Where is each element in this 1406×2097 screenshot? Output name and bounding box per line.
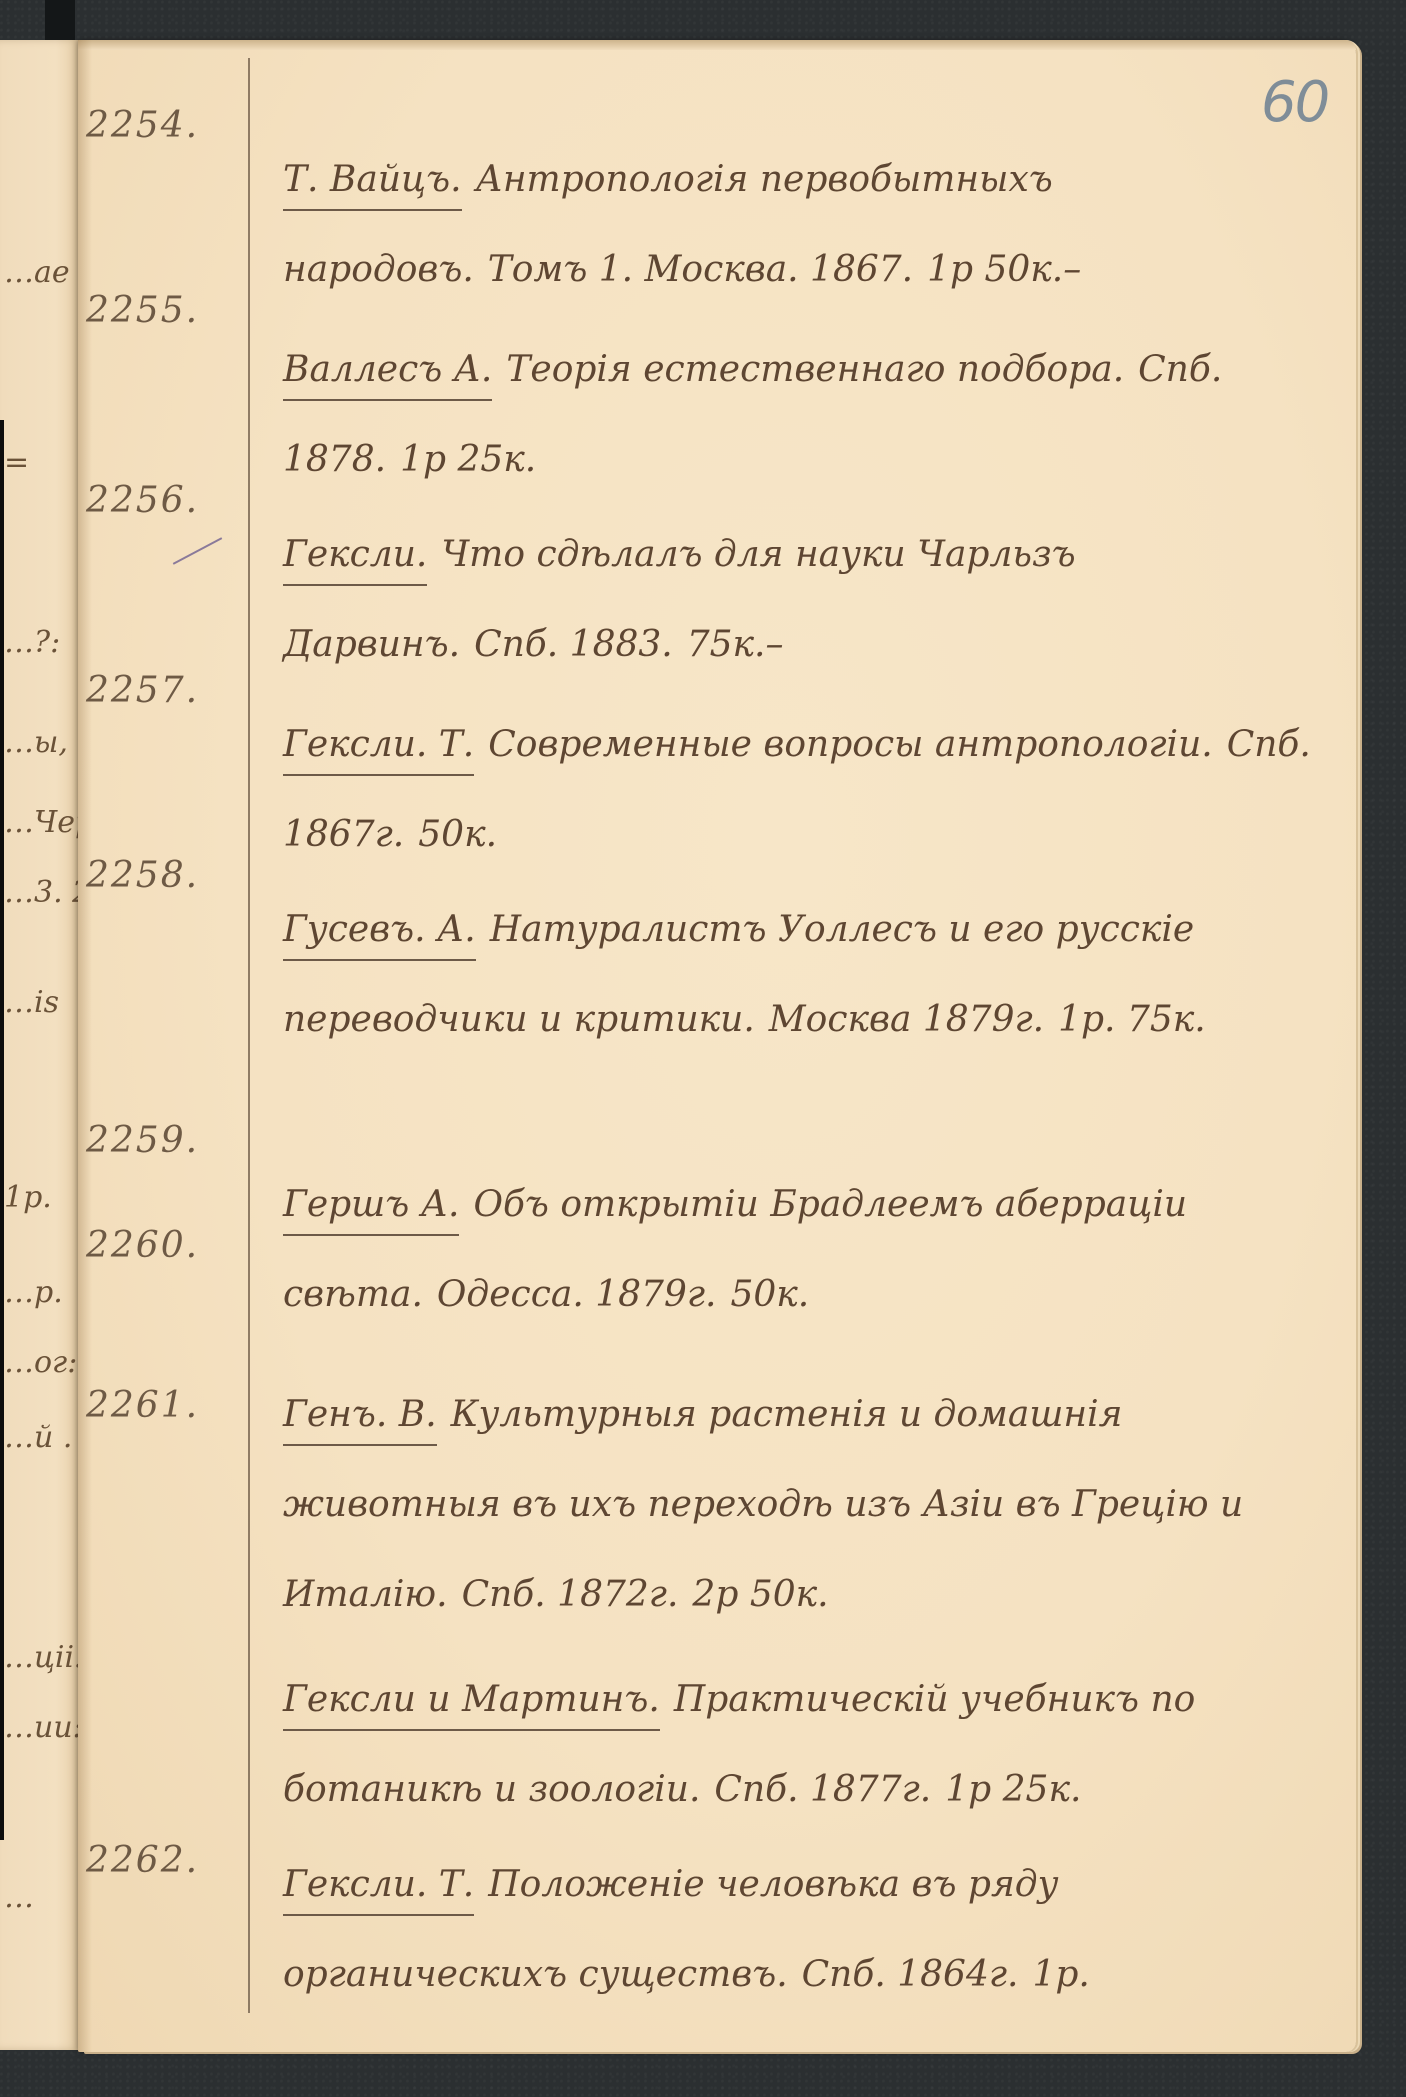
margin-rule-line [248,58,250,2013]
left-page-fragment: …іs [4,985,59,1020]
entry-author: Валлесъ А. [283,346,492,401]
entry-author: Гексли. Т. [283,1861,474,1916]
left-page-fragment: … [4,1880,34,1915]
entry-number: 2257. [86,670,236,711]
pencil-check-mark [173,537,223,565]
entry-title: Теорія естественнаго подбора. [506,349,1124,390]
left-page-fragment: = [4,445,29,480]
entry-price: 1р 25к. [945,1769,1081,1810]
catalog-entry: Генъ. В.Культурныя растенія и домашнія ж… [283,1370,1333,1640]
entry-publication: Спб. 1877г. [714,1769,931,1810]
catalog-entry: Гексли.Что сдѣлалъ для науки Чарльзъ Дар… [283,510,1333,690]
catalog-entry: Гершъ А.Объ открытіи Брадлеемъ аберраціи… [283,1160,1333,1340]
entry-title: Современные вопросы антропологіи. [488,724,1212,765]
left-page-fragment: …?: [4,625,60,660]
entry-author: Т. Вайцъ. [283,156,462,211]
left-page-fragment: …ог: [4,1345,77,1380]
left-page-fragment: …ы, [4,725,68,760]
entry-author: Гусевъ. А. [283,906,476,961]
left-page-fragment: 1р. [4,1180,52,1215]
entry-author: Гексли. [283,531,427,586]
entry-publication: Спб. 1872г. [462,1574,679,1615]
entry-author: Гексли. Т. [283,721,474,776]
left-page-fragment: …ціі: [4,1640,84,1675]
book-binding [45,0,75,40]
entry-author: Гексли и Мартинъ. [283,1676,660,1731]
catalog-page: 60 2254. Т. Вайцъ.Антропологія первобытн… [78,40,1356,2052]
left-page-fragment: …р. [4,1275,63,1310]
entry-author: Гершъ А. [283,1181,459,1236]
entry-number: 2258. [86,855,236,896]
left-page-fragment: …ии: [4,1710,83,1745]
entry-price: 1р. [1032,1954,1089,1995]
page-top-edge [78,40,1356,50]
catalog-entry: Гусевъ. А.Натуралистъ Уоллесъ и его русс… [283,885,1333,1065]
entry-price: 1р 50к.– [927,249,1081,290]
entry-number: 2260. [86,1225,236,1266]
catalog-entry: Валлесъ А.Теорія естественнаго подбора.С… [283,325,1333,505]
entry-price: 50к. [418,814,497,855]
page-number: 60 [1261,70,1328,135]
entry-number: 2259. [86,1120,236,1161]
entry-publication: Спб. 1883. [474,624,673,665]
entry-publication: Москва 1879г. [769,999,1044,1040]
left-page-edge: …ае = …?: …ы, …Чер: …3. 2р …іs 1р. …р. …… [0,40,80,2050]
entry-author: Генъ. В. [283,1391,437,1446]
catalog-entry: Гексли и Мартинъ.Практическій учебникъ п… [283,1655,1333,1835]
entry-price: 2р 50к. [692,1574,828,1615]
entry-number: 2261. [86,1385,236,1426]
entry-price: 1р. 75к. [1058,999,1206,1040]
catalog-entry: Гексли. Т.Положеніе человѣка въ ряду орг… [283,1840,1333,2020]
catalog-entry: Т. Вайцъ.Антропологія первобытныхъ народ… [283,135,1333,315]
entry-price: 75к.– [687,624,784,665]
entry-price: 1р 25к. [400,439,536,480]
catalog-entry: Гексли. Т.Современные вопросы антрополог… [283,700,1333,880]
left-page-fragment: …й . [4,1420,72,1455]
gutter-shadow [78,40,92,2052]
entry-number: 2254. [86,105,236,146]
entry-number: 2256. [86,480,236,521]
entry-number: 2255. [86,290,236,331]
entry-publication: Спб. 1864г. [802,1954,1019,1995]
scan-edge-shadow [0,420,4,1840]
entry-price: 50к. [730,1274,809,1315]
entry-publication: Одесса. 1879г. [437,1274,717,1315]
entry-number: 2262. [86,1840,236,1881]
entry-publication: Томъ 1. Москва. 1867. [488,249,913,290]
left-page-fragment: …ае [4,255,70,290]
